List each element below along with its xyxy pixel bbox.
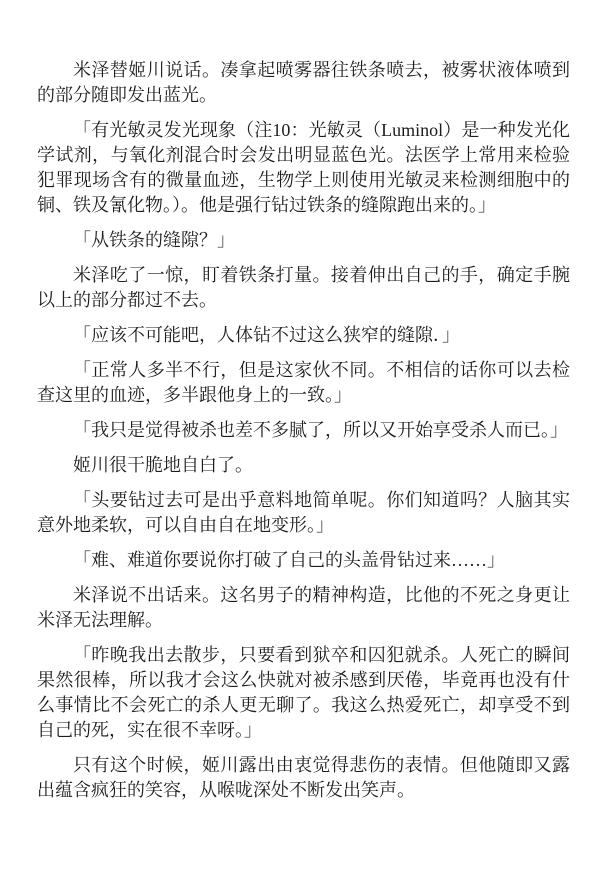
paragraph: 「从铁条的缝隙？」: [37, 228, 570, 253]
paragraph: 只有这个时候，姬川露出由衷觉得悲伤的表情。但他随即又露出蕴含疯狂的笑容，从喉咙深…: [37, 753, 570, 803]
paragraph: 「昨晚我出去散步，只要看到狱卒和囚犯就杀。人死亡的瞬间果然很棒，所以我才会这么快…: [37, 643, 570, 743]
paragraph: 「正常人多半不行，但是这家伙不同。不相信的话你可以去检查这里的血迹，多半跟他身上…: [37, 358, 570, 408]
paragraph: 「有光敏灵发光现象（注10：光敏灵（Luminol）是一种发光化学试剂，与氧化剂…: [37, 118, 570, 218]
paragraph: 「难、难道你要说你打破了自己的头盖骨钻过来……」: [37, 548, 570, 573]
paragraph: 米泽说不出话来。这名男子的精神构造，比他的不死之身更让米泽无法理解。: [37, 583, 570, 633]
paragraph: 「应该不可能吧，人体钻不过这么狭窄的缝隙．」: [37, 323, 570, 348]
novel-page: 米泽替姬川说话。凑拿起喷雾器往铁条喷去，被雾状液体喷到的部分随即发出蓝光。 「有…: [0, 0, 613, 869]
text-body: 米泽替姬川说话。凑拿起喷雾器往铁条喷去，被雾状液体喷到的部分随即发出蓝光。 「有…: [37, 58, 570, 803]
paragraph: 米泽吃了一惊，盯着铁条打量。接着伸出自己的手，确定手腕以上的部分都过不去。: [37, 263, 570, 313]
paragraph: 「头要钻过去可是出乎意料地简单呢。你们知道吗？人脑其实意外地柔软，可以自由自在地…: [37, 488, 570, 538]
paragraph: 「我只是觉得被杀也差不多腻了，所以又开始享受杀人而已。」: [37, 418, 570, 443]
paragraph: 米泽替姬川说话。凑拿起喷雾器往铁条喷去，被雾状液体喷到的部分随即发出蓝光。: [37, 58, 570, 108]
paragraph: 姬川很干脆地自白了。: [37, 453, 570, 478]
